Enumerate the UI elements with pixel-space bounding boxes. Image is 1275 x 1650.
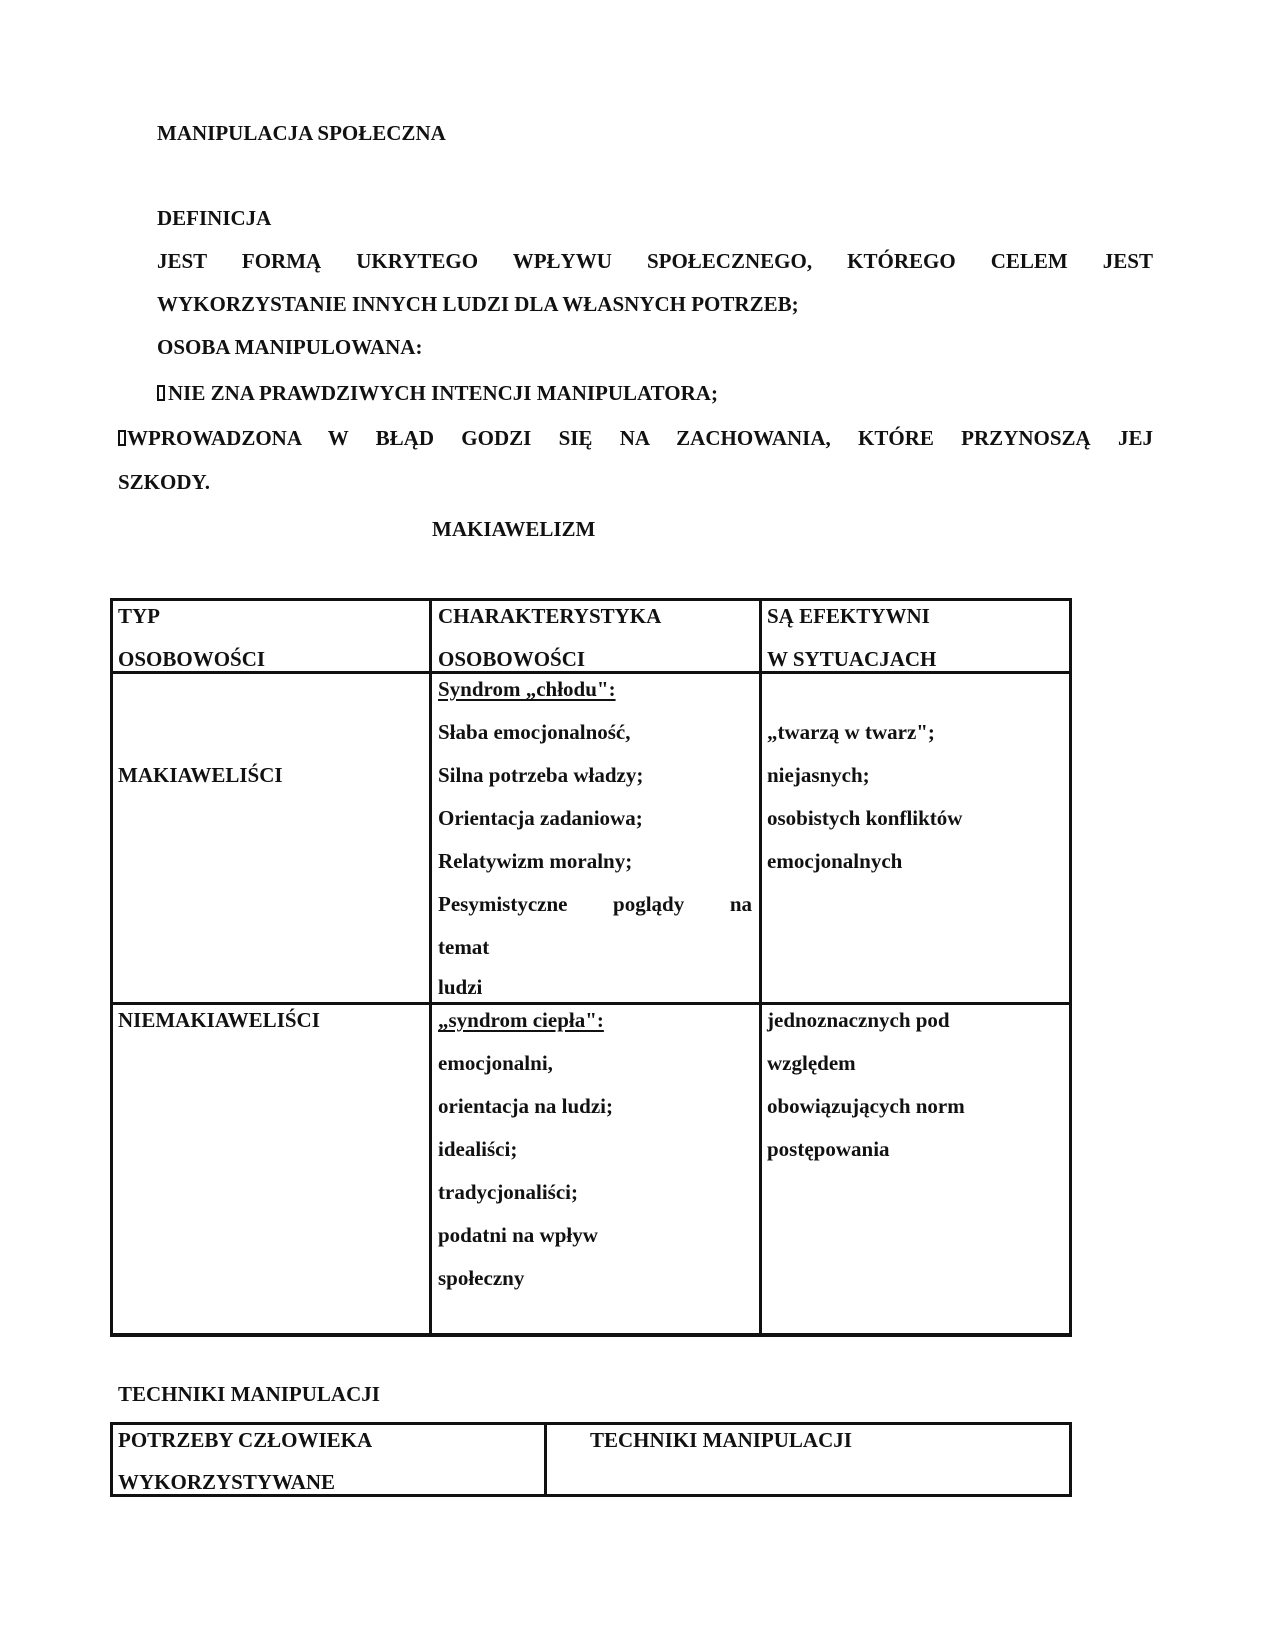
row-1-trait: Słaba emocjonalność, — [438, 720, 631, 744]
row-2-trait: podatni na wpływ — [438, 1223, 598, 1247]
row-1-syndrome-title: Syndrom „chłodu": — [438, 677, 616, 701]
bullet-2: WPROWADZONA W BŁĄD GODZI SIĘ NA ZACHOWAN… — [118, 426, 1153, 450]
bullet-1: NIE ZNA PRAWDZIWYCH INTENCJI MANIPULATOR… — [157, 381, 718, 405]
header-effective: SĄ EFEKTYWNI — [767, 604, 930, 628]
row-1-situation: niejasnych; — [767, 763, 870, 787]
techniques-heading: TECHNIKI MANIPULACJI — [118, 1382, 380, 1406]
table-border — [110, 1422, 113, 1497]
table-border — [1069, 598, 1072, 1336]
table-border — [110, 1494, 1072, 1497]
row-1-trait: Orientacja zadaniowa; — [438, 806, 643, 830]
row-type-non-machiavellians: NIEMAKIAWELIŚCI — [118, 1008, 320, 1032]
machiavellianism-heading: MAKIAWELIZM — [432, 517, 595, 541]
table-border — [759, 598, 762, 1336]
definition-line-2: WYKORZYSTANIE INNYCH LUDZI DLA WŁASNYCH … — [157, 292, 799, 316]
row-2-situation: postępowania — [767, 1137, 890, 1161]
row-1-situation: „twarzą w twarz"; — [767, 720, 935, 744]
row-1-situation: emocjonalnych — [767, 849, 902, 873]
definition-line-1: JEST FORMĄ UKRYTEGO WPŁYWU SPOŁECZNEGO, … — [157, 249, 1153, 273]
bullet-2-continuation: SZKODY. — [118, 470, 210, 494]
row-2-situation: jednoznacznych pod — [767, 1008, 950, 1032]
table-border — [1069, 1422, 1072, 1497]
row-2-trait: emocjonalni, — [438, 1051, 553, 1075]
table-border — [110, 1333, 1072, 1337]
row-1-trait: temat — [438, 935, 489, 959]
table-border — [110, 598, 113, 1336]
header-type-2: OSOBOWOŚCI — [118, 647, 265, 671]
table-border — [110, 1002, 1072, 1005]
header-type: TYP — [118, 604, 160, 628]
header-effective-2: W SYTUACJACH — [767, 647, 936, 671]
row-1-trait: Pesymistyczne poglądy na — [438, 892, 752, 916]
table-border — [110, 1422, 1072, 1425]
row-1-situation: osobistych konfliktów — [767, 806, 962, 830]
row-1-trait: ludzi — [438, 975, 482, 999]
bullet-box-icon — [157, 385, 165, 401]
table-border — [544, 1422, 547, 1497]
header-techniques: TECHNIKI MANIPULACJI — [590, 1428, 852, 1452]
header-characteristics: CHARAKTERYSTYKA — [438, 604, 661, 628]
row-2-trait: idealiści; — [438, 1137, 517, 1161]
row-2-trait: orientacja na ludzi; — [438, 1094, 613, 1118]
row-1-trait: Silna potrzeba władzy; — [438, 763, 643, 787]
header-characteristics-2: OSOBOWOŚCI — [438, 647, 585, 671]
document-title: MANIPULACJA SPOŁECZNA — [157, 121, 446, 145]
row-2-situation: względem — [767, 1051, 856, 1075]
row-2-trait: tradycjonaliści; — [438, 1180, 578, 1204]
row-type-machiavellians: MAKIAWELIŚCI — [118, 763, 283, 787]
row-2-syndrome-title: „syndrom ciepła": — [438, 1008, 604, 1032]
row-1-trait: Relatywizm moralny; — [438, 849, 632, 873]
bullet-box-icon — [118, 430, 126, 446]
table-border — [110, 671, 1072, 674]
definition-heading: DEFINICJA — [157, 206, 271, 230]
table-border — [110, 598, 1072, 601]
row-2-situation: obowiązujących norm — [767, 1094, 965, 1118]
bullet-1-text: NIE ZNA PRAWDZIWYCH INTENCJI MANIPULATOR… — [168, 381, 718, 405]
row-2-trait: społeczny — [438, 1266, 524, 1290]
bullet-2-text: WPROWADZONA W BŁĄD GODZI SIĘ NA ZACHOWAN… — [127, 426, 1153, 450]
header-human-needs: POTRZEBY CZŁOWIEKA — [118, 1428, 372, 1452]
manipulated-person-heading: OSOBA MANIPULOWANA: — [157, 335, 422, 359]
table-border — [429, 598, 432, 1336]
header-human-needs-2: WYKORZYSTYWANE — [118, 1470, 335, 1494]
